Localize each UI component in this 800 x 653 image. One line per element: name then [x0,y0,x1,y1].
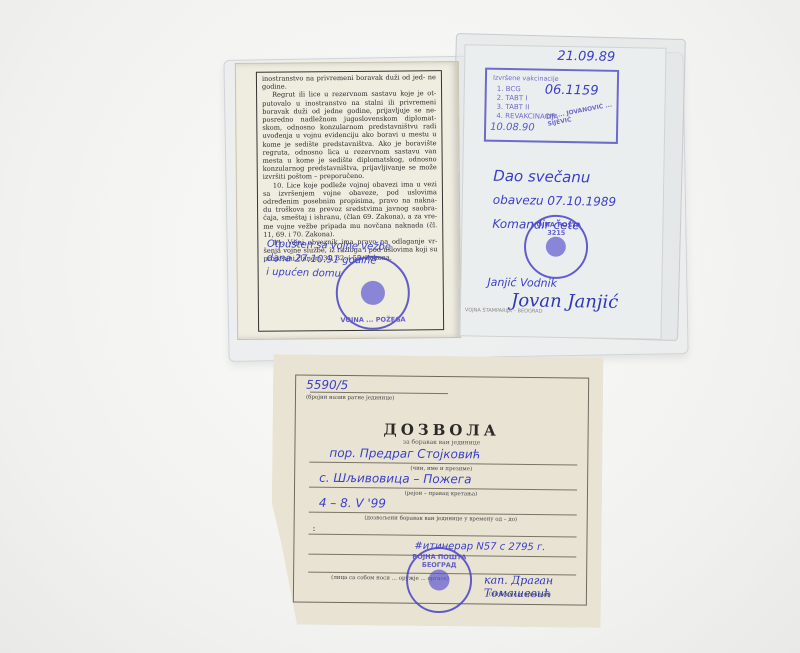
field-caption: (бројни назив ратне јединице) [306,395,394,402]
name-field: пор. Предраг Стојковић [329,446,480,462]
period-field: 4 – 8. V '99 [319,496,386,511]
page-frame: inostranstvo na privremeni boravak duži … [256,70,444,332]
printed-text: inostranstvo na privremeni boravak duži … [262,73,438,263]
vaccination-date: 10.08.90 [490,122,535,134]
handwritten-date: 21.09.89 [557,49,615,65]
vaccination-header: Izvršene vakcinacije [493,74,559,83]
booklet-right-page: Izvršene vakcinacije 1. BCG 2. TABT I 3.… [459,44,666,339]
field-caption: (дозвољени боравак ван јединице у времен… [295,515,587,524]
printer-mark: VOJNA ŠTAMPARIJA – BEOGRAD [465,307,543,314]
handwritten-number: 06.1159 [545,83,599,99]
pozega-stamp: VOJNA ... POŽEGA [335,255,410,330]
photo-scene: inostranstvo na privremeni boravak duži … [0,0,800,653]
doctor-stamp: DR ... JOVANOVIĆ ... SIJEVIĆ [546,101,617,128]
oath-line: obavezu 07.10.1989 [493,188,663,215]
vaccination-row: 3. TABT II [496,103,529,112]
paragraph: 10. Lice koje podleže vojnoj obavezi ima… [263,180,437,239]
field-line [310,392,448,394]
stamp-text: VOJNA ... POŽEGA [338,315,408,324]
emblem-icon [361,281,385,305]
field-caption: (чин, име и презиме) [454,591,586,598]
unit-number: 5590/5 [306,378,348,392]
paragraph: Regrut ili lice u rezervnom sastavu koje… [262,90,437,182]
stamp-text: ВОЈНА ПОШТА БЕОГРАД [408,553,470,570]
permit-frame: 5590/5 (бројни назив ратне јединице) ДОЗ… [293,375,589,606]
military-post-belgrade-stamp: ВОЈНА ПОШТА БЕОГРАД [406,547,473,614]
coat-of-arms-icon [428,569,449,590]
extra-field: : [313,524,316,533]
military-post-stamp: VOJNA POŠTA 3215 [523,214,588,279]
leave-permit: 5590/5 (бројни назив ратне јединице) ДОЗ… [271,354,604,627]
paragraph: inostranstvo na privremeni boravak duži … [262,73,436,91]
emblem-icon [546,237,567,258]
route-field: с. Шљивовица – Пожега [319,471,471,487]
vaccination-stamp: Izvršene vakcinacije 1. BCG 2. TABT I 3.… [484,68,619,144]
booklet-left-page: inostranstvo na privremeni boravak duži … [235,61,461,340]
field-line [309,534,577,538]
oath-line: Dao svečanu [493,164,663,191]
vaccination-row: 2. TABT I [497,94,528,103]
stamp-text: VOJNA POŠTA 3215 [526,220,586,237]
vaccination-row: 1. BCG [497,85,521,93]
signer-name: Janjić Vodnik [487,276,557,290]
